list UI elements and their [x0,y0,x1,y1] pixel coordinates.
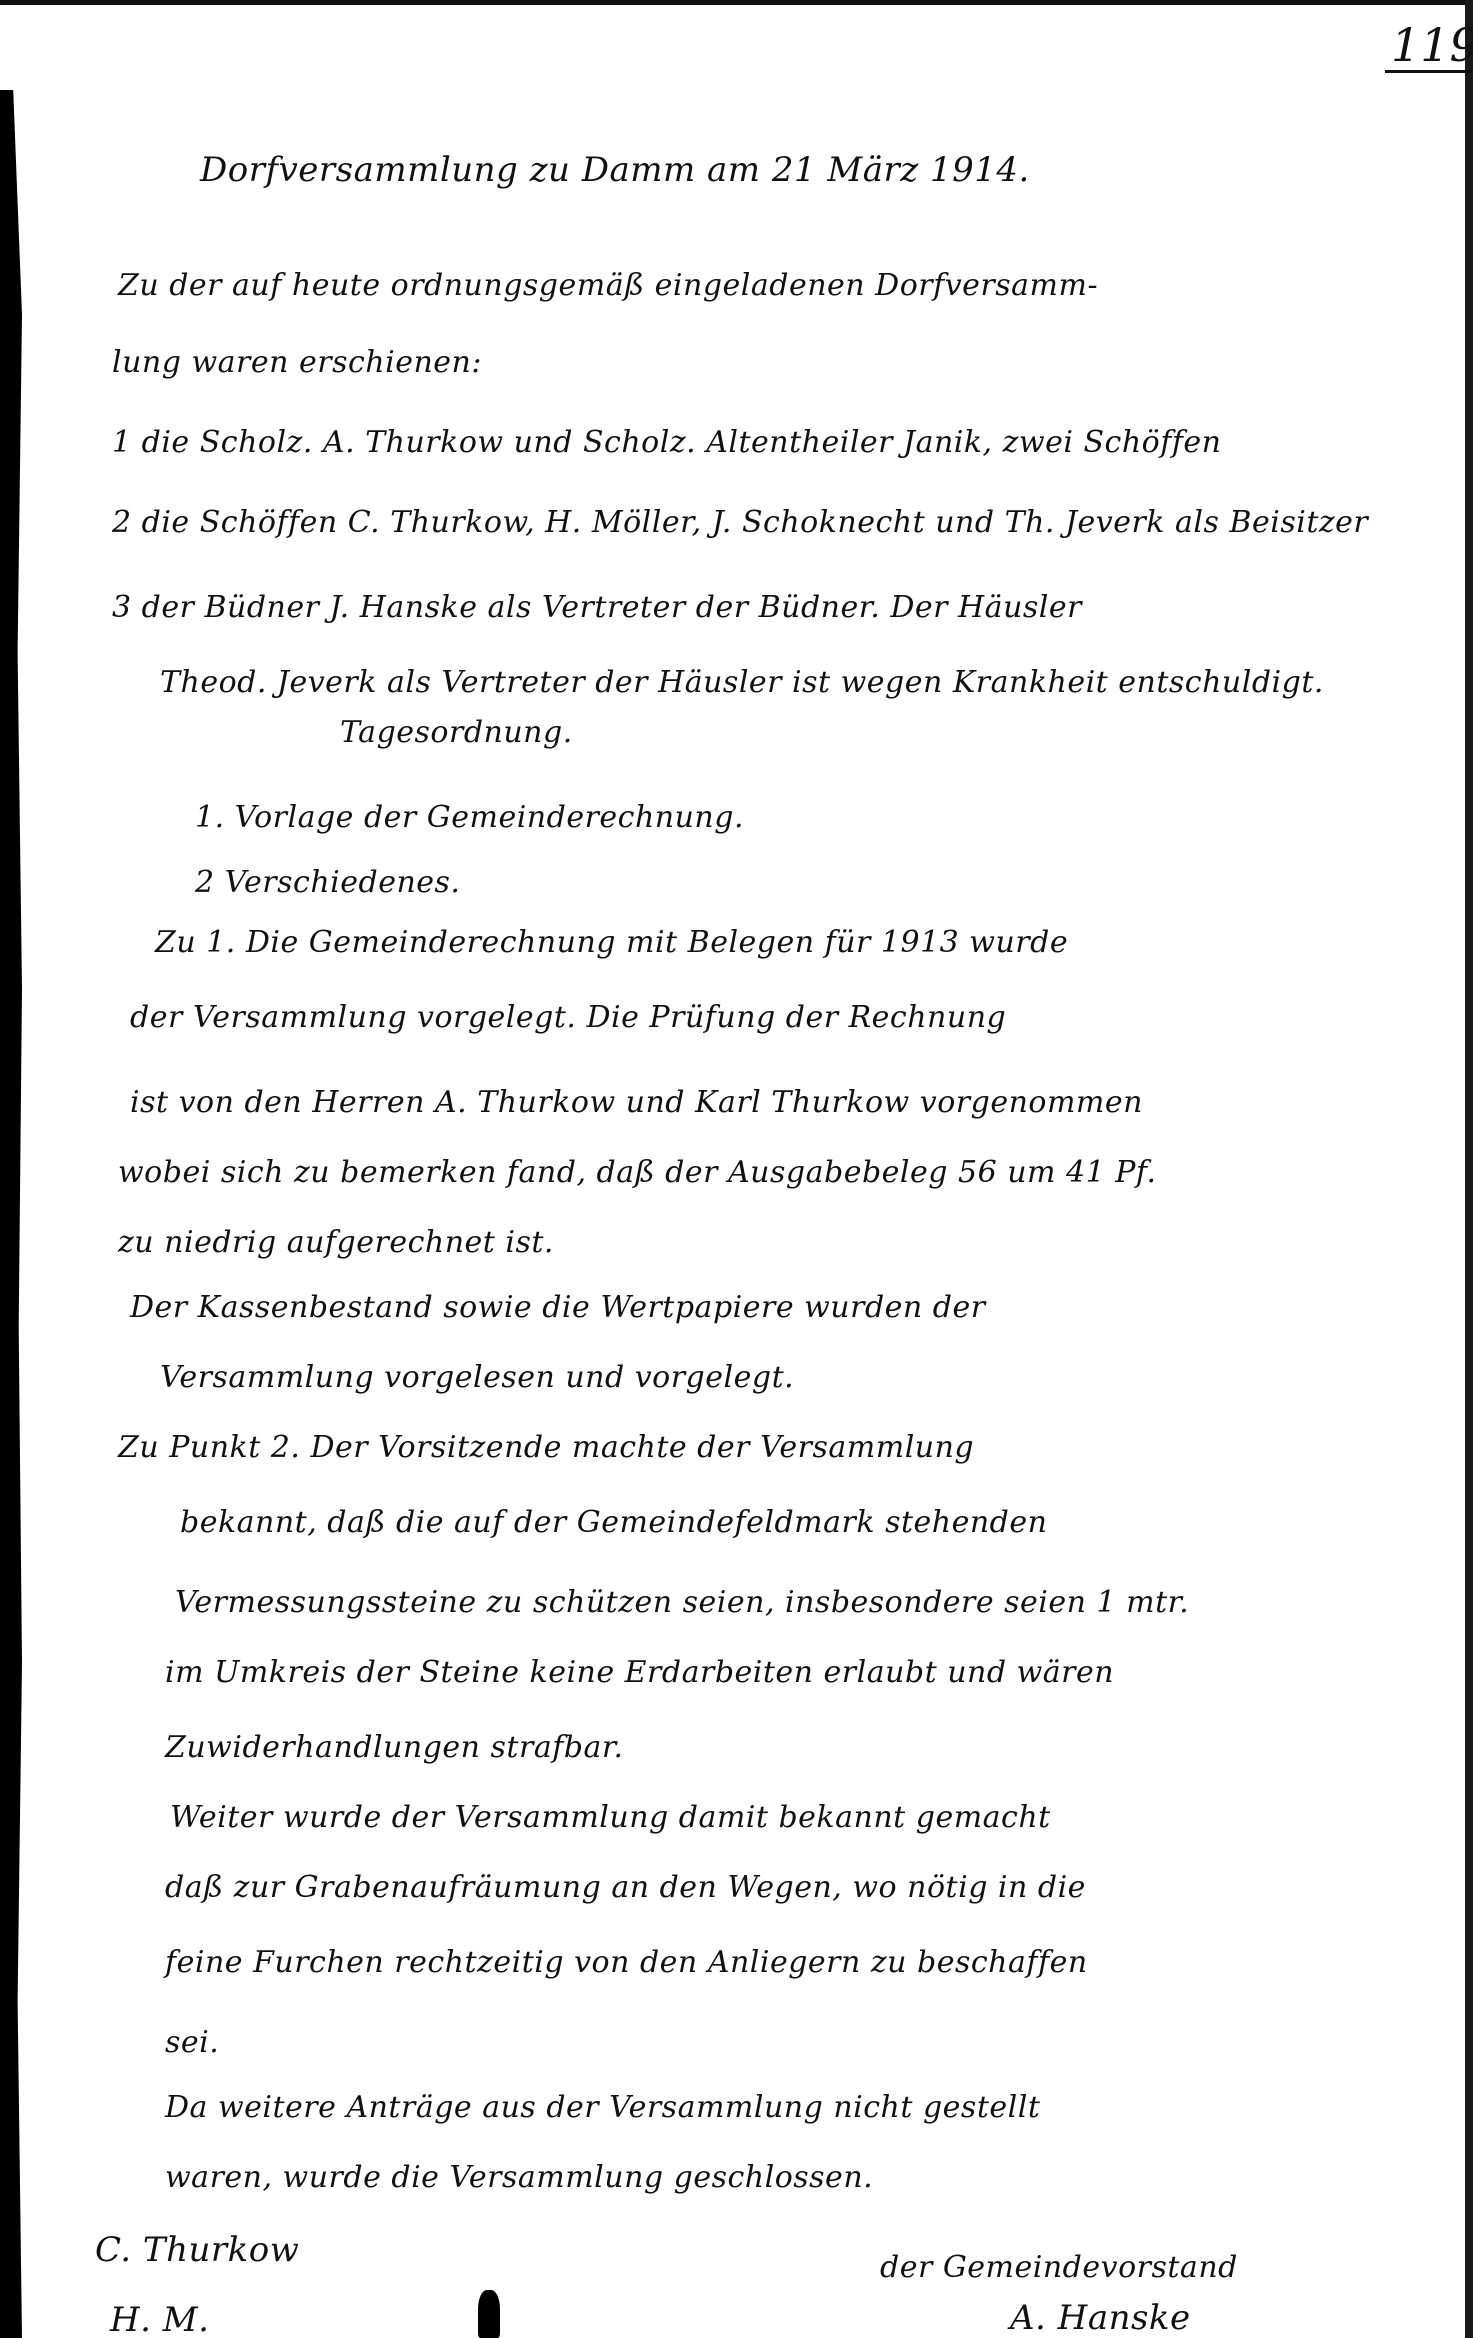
item2-line: Zuwiderhandlungen strafbar. [165,1730,623,1765]
signature-right-name: A. Hanske [1010,2298,1191,2338]
item1-line: ist von den Herren A. Thurkow und Karl T… [130,1085,1143,1120]
item2-line: sei. [165,2025,219,2060]
item2-line: feine Furchen rechtzeitig von den Anlieg… [165,1945,1088,1980]
ink-blot [478,2290,500,2338]
agenda-heading: Tagesordnung. [340,715,573,750]
item2-line: Weiter wurde der Versammlung damit bekan… [170,1800,1051,1835]
item2-line: Zu Punkt 2. Der Vorsitzende machte der V… [118,1430,974,1465]
item1-line: wobei sich zu bemerken fand, daß der Aus… [118,1155,1156,1190]
item1-line: Der Kassenbestand sowie die Wertpapiere … [130,1290,986,1325]
agenda-item: 2 Verschiedenes. [195,865,460,900]
signature-left-2: H. M. [110,2300,209,2338]
item1-line: Zu 1. Die Gemeinderechnung mit Belegen f… [155,925,1068,960]
intro-line: Zu der auf heute ordnungsgemäß eingelade… [118,268,1098,303]
item2-line: im Umkreis der Steine keine Erdarbeiten … [165,1655,1114,1690]
item1-line: zu niedrig aufgerechnet ist. [118,1225,554,1260]
attendee-line: 2 die Schöffen C. Thurkow, H. Möller, J.… [112,505,1368,540]
signature-right-label: der Gemeindevorstand [880,2250,1238,2285]
attendee-line: 3 der Büdner J. Hanske als Vertreter der… [112,590,1082,625]
item1-line: Versammlung vorgelesen und vorgelegt. [160,1360,794,1395]
document-title: Dorfversammlung zu Damm am 21 März 1914. [200,150,1030,190]
closing-line: Da weitere Anträge aus der Versammlung n… [165,2090,1040,2125]
item2-line: daß zur Grabenaufräumung an den Wegen, w… [165,1870,1086,1905]
attendee-line: Theod. Jeverk als Vertreter der Häusler … [160,665,1324,700]
intro-line: lung waren erschienen: [112,345,482,380]
scan-right-edge [1465,0,1473,2338]
scan-left-binding-shadow [0,90,22,2338]
attendee-line: 1 die Scholz. A. Thurkow und Scholz. Alt… [112,425,1222,460]
item2-line: Vermessungssteine zu schützen seien, ins… [175,1585,1189,1620]
item1-line: der Versammlung vorgelegt. Die Prüfung d… [130,1000,1006,1035]
page-number: 119. [1385,22,1473,73]
agenda-item: 1. Vorlage der Gemeinderechnung. [195,800,744,835]
item2-line: bekannt, daß die auf der Gemeindefeldmar… [180,1505,1047,1540]
scan-top-edge [0,0,1473,5]
document-page: 119. Dorfversammlung zu Damm am 21 März … [0,0,1473,2338]
signature-left: C. Thurkow [95,2230,299,2270]
closing-line: waren, wurde die Versammlung geschlossen… [165,2160,873,2195]
